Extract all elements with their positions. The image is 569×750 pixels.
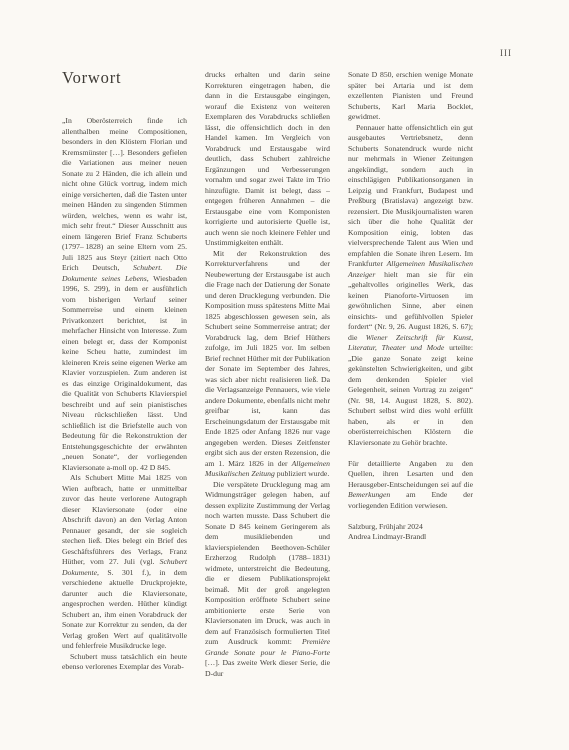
- text-segment: publiziert wurde.: [275, 469, 329, 478]
- text-segment: Die verspätete Drucklegung mag am Widmun…: [205, 480, 330, 647]
- paragraph: Schubert muss tatsächlich ein heute eben…: [62, 652, 187, 673]
- preface-page: III Vorwort „In Oberösterreich finde ich…: [0, 0, 569, 750]
- text-segment: , Wiesbaden 1996, S. 299), in dem er aus…: [62, 274, 187, 472]
- paragraph: Salzburg, Frühjahr 2024: [348, 522, 473, 533]
- text-column-3: Sonate D 850, erschien wenige Monate spä…: [348, 70, 473, 679]
- text-segment: Schubert muss tatsächlich ein heute eben…: [62, 652, 187, 672]
- text-column-2: drucks erhalten und darin seine Korrektu…: [205, 70, 330, 679]
- italic-text-segment: Bemerkungen: [348, 490, 390, 499]
- text-segment: Für detaillierte Angaben zu den Quellen,…: [348, 459, 473, 489]
- paragraph: Die verspätete Drucklegung mag am Widmun…: [205, 480, 330, 680]
- text-columns: „In Oberösterreich finde ich allenthalbe…: [62, 70, 473, 679]
- paragraph: Mit der Rekonstruktion des Korrekturverf…: [205, 249, 330, 480]
- text-segment: Als Schubert Mitte Mai 1825 von Wien auf…: [62, 473, 187, 566]
- text-segment: drucks erhalten und darin seine Korrektu…: [205, 70, 330, 247]
- paragraph: Für detaillierte Angaben zu den Quellen,…: [348, 459, 473, 512]
- text-segment: urteilte: „Die ganze Sonate zeigt keine …: [348, 343, 473, 447]
- paragraph: Andrea Lindmayr-Brandl: [348, 532, 473, 543]
- paragraph: Sonate D 850, erschien wenige Monate spä…: [348, 70, 473, 123]
- text-column-1: „In Oberösterreich finde ich allenthalbe…: [62, 70, 187, 679]
- text-segment: Salzburg, Frühjahr 2024: [348, 522, 423, 531]
- text-segment: Sonate D 850, erschien wenige Monate spä…: [348, 70, 473, 121]
- text-segment: Andrea Lindmayr-Brandl: [348, 532, 426, 541]
- paragraph: drucks erhalten und darin seine Korrektu…: [205, 70, 330, 249]
- text-segment: Pennauer hatte offensichtlich ein gut au…: [348, 123, 473, 269]
- paragraph: Als Schubert Mitte Mai 1825 von Wien auf…: [62, 473, 187, 652]
- text-segment: , S. 301 f.), in dem verschiedene aktuel…: [62, 568, 187, 651]
- text-segment: „In Oberösterreich finde ich allenthalbe…: [62, 116, 187, 272]
- paragraph: „In Oberösterreich finde ich allenthalbe…: [62, 116, 187, 473]
- text-segment: Mit der Rekonstruktion des Korrekturverf…: [205, 249, 330, 468]
- text-segment: hielt man sie für ein „gehaltvolles orig…: [348, 270, 473, 342]
- page-number: III: [500, 48, 512, 58]
- text-segment: […]. Das zweite Werk dieser Serie, die D…: [205, 658, 330, 678]
- paragraph: Pennauer hatte offensichtlich ein gut au…: [348, 123, 473, 449]
